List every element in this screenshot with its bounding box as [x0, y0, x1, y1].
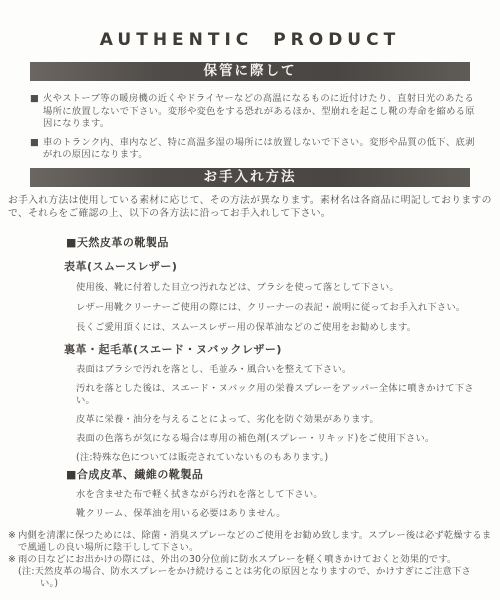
page-title: AUTHENTIC PRODUCT — [0, 30, 500, 50]
care-instructions-sheet: AUTHENTIC PRODUCT 保管に際して ■ 火やストーブ等の暖房機の近… — [0, 0, 500, 600]
storage-bullet-item: ■ 火やストーブ等の暖房機の近くやドライヤーなどの高温になるものに近付けたり、直… — [30, 93, 482, 131]
care-section-banner: お手入れ方法 — [30, 168, 470, 187]
storage-bullet-text: 車のトランク内、車内など、特に高温多湿の場所には放置しないで下さい。変形や品質の… — [43, 137, 482, 162]
smooth-leather-line: レザー用靴クリーナーご使用の際には、クリーナーの表記・説明に従ってお手入れ下さい… — [76, 302, 490, 314]
square-bullet-icon: ■ — [30, 137, 43, 162]
footnote-item: ※ 雨の日などにお出かけの際には、外出の30分位前に防水スプレーを軽く噴きかけて… — [8, 554, 494, 590]
care-intro-paragraph: お手入れ方法は使用している素材に応じて、その方法が異なります。素材名は各商品に明… — [8, 194, 496, 220]
suede-nubuck-note: (注:特殊な色については販売されていないものもあります。) — [76, 452, 490, 464]
natural-leather-heading: ■天然皮革の靴製品 — [66, 236, 500, 249]
footnote-text: 雨の日などにお出かけの際には、外出の30分位前に防水スプレーを軽く噴きかけておく… — [18, 554, 494, 590]
synthetic-leather-line: 靴クリーム、保革油を用いる必要はありません。 — [76, 508, 490, 520]
suede-nubuck-line: 表面の色落ちが気になる場合は専用の補色剤(スプレー・リキッド)をご使用下さい。 — [76, 433, 490, 445]
suede-nubuck-line: 汚れを落とした後は、スエード・ヌバック用の栄養スプレーをアッパー全体に噴きかけて… — [76, 383, 490, 407]
suede-nubuck-line: 表面はブラシで汚れを落とし、毛並み・風合いを整えて下さい。 — [76, 364, 490, 376]
storage-banner-label: 保管に際して — [204, 63, 297, 79]
square-bullet-icon: ■ — [30, 93, 43, 131]
care-banner-label: お手入れ方法 — [204, 169, 297, 185]
suede-nubuck-subheading: 裏革・起毛革(スエード・ヌバックレザー) — [64, 343, 500, 357]
synthetic-leather-line: 水を含ませた布で軽く拭きながら汚れを落として下さい。 — [76, 489, 490, 501]
smooth-leather-line: 使用後、靴に付着した目立つ汚れなどは、ブラシを使って落として下さい。 — [76, 282, 490, 294]
reference-mark-icon: ※ — [8, 530, 18, 554]
reference-mark-icon: ※ — [8, 554, 18, 590]
smooth-leather-subheading: 表革(スムースレザー) — [64, 260, 500, 274]
storage-bullet-item: ■ 車のトランク内、車内など、特に高温多湿の場所には放置しないで下さい。変形や品… — [30, 137, 482, 162]
footnote-list: ※ 内側を清潔に保つためには、除菌・消臭スプレーなどのご使用をお勧め致します。ス… — [8, 530, 494, 590]
footnote-rain-note: (注:天然皮革の場合、防水スプレーをかけ続けることは劣化の原因となりますので、か… — [18, 566, 480, 590]
suede-nubuck-line: 皮革に栄養・油分を与えることによって、劣化を防ぐ効果があります。 — [76, 414, 490, 426]
storage-section-banner: 保管に際して — [30, 62, 470, 81]
footnote-item: ※ 内側を清潔に保つためには、除菌・消臭スプレーなどのご使用をお勧め致します。ス… — [8, 530, 494, 554]
storage-bullet-list: ■ 火やストーブ等の暖房機の近くやドライヤーなどの高温になるものに近付けたり、直… — [30, 93, 482, 162]
footnote-rain-line: 雨の日などにお出かけの際には、外出の30分位前に防水スプレーを軽く噴きかけておく… — [18, 554, 494, 566]
synthetic-leather-heading: ■合成皮革、繊維の靴製品 — [66, 468, 500, 481]
smooth-leather-line: 長くご愛用頂くには、スムースレザー用の保革油などのご使用をお勧めします。 — [76, 322, 490, 334]
footnote-text: 内側を清潔に保つためには、除菌・消臭スプレーなどのご使用をお勧め致します。スプレ… — [18, 530, 494, 554]
storage-bullet-text: 火やストーブ等の暖房機の近くやドライヤーなどの高温になるものに近付けたり、直射日… — [43, 93, 482, 131]
